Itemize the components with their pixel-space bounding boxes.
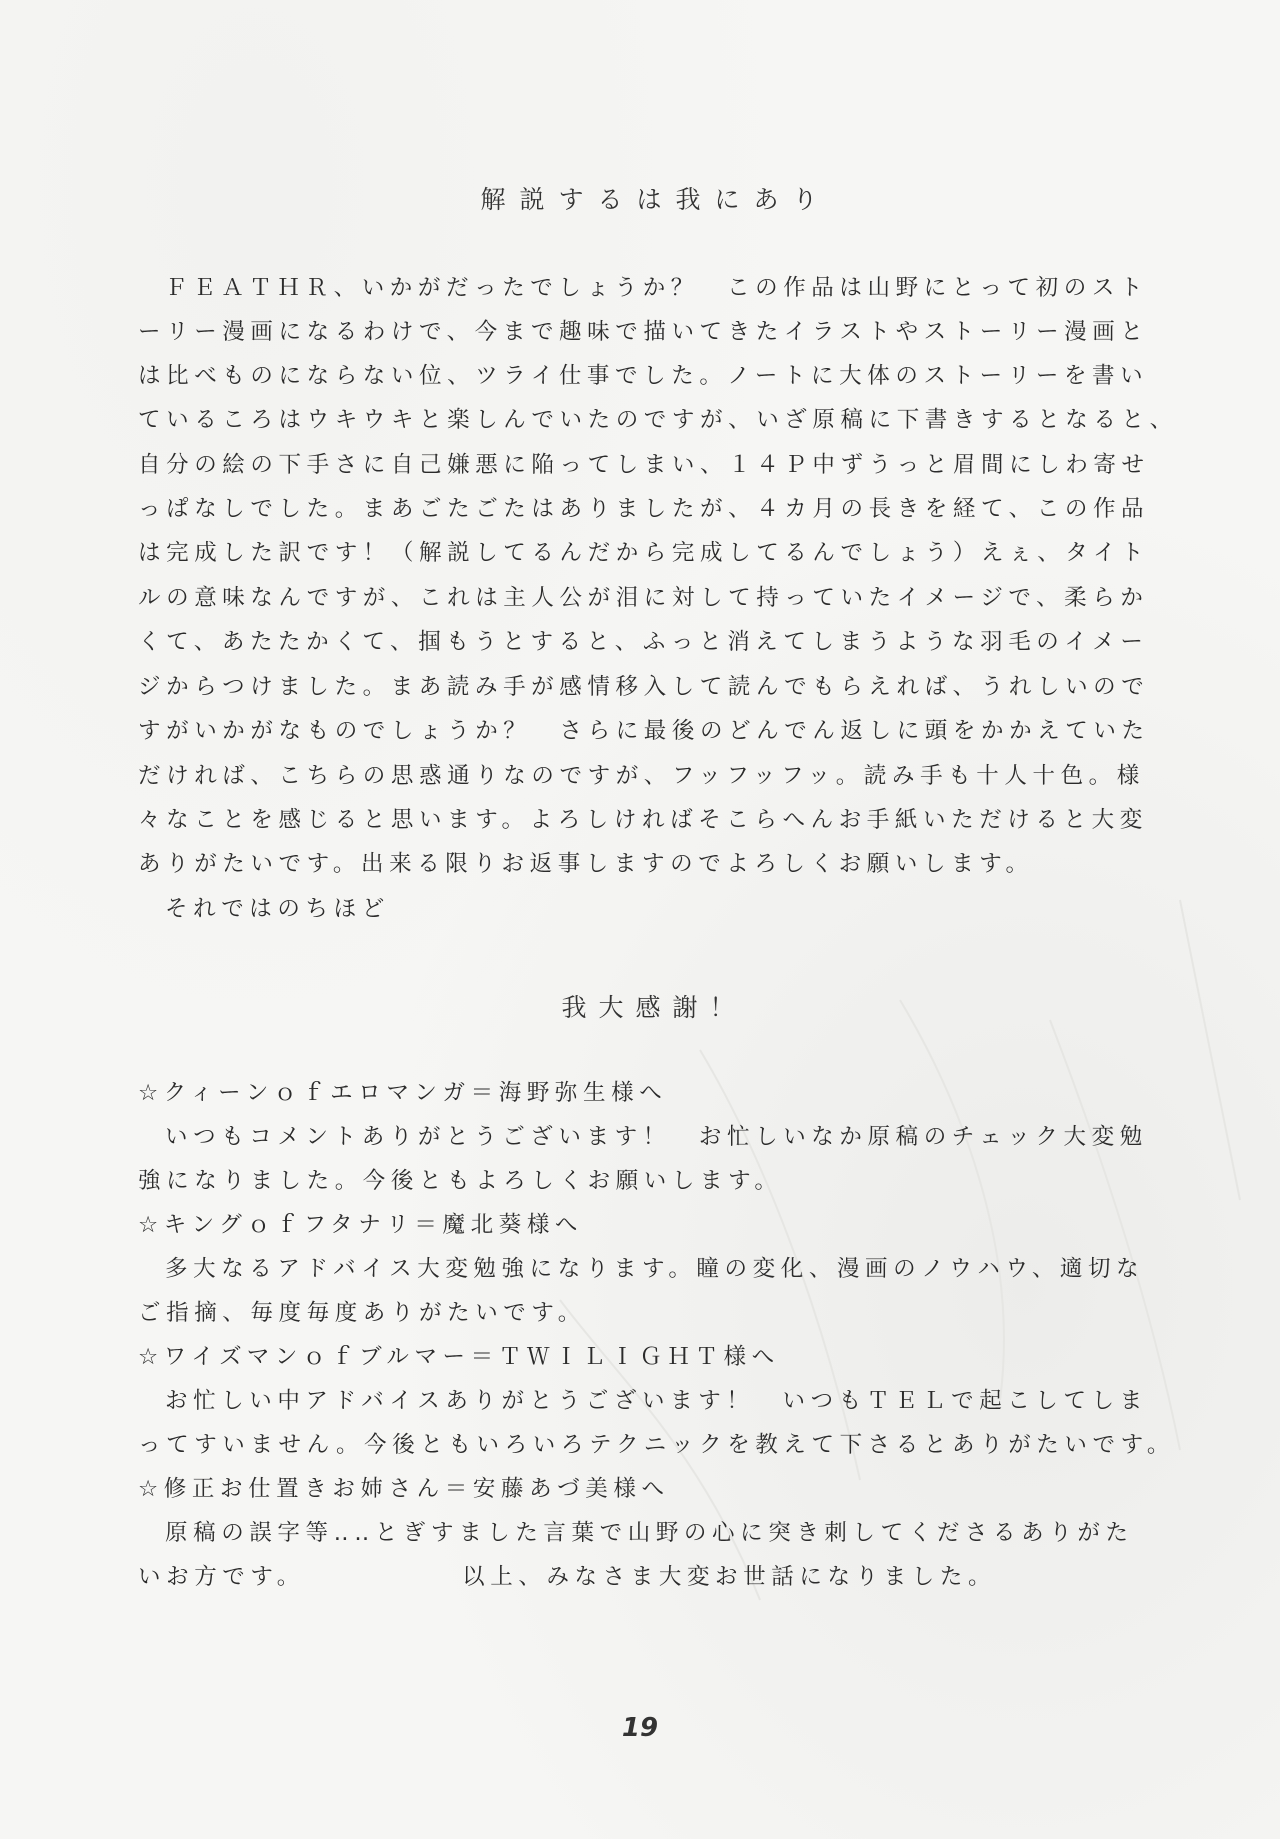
commentary-line: ジからつけました。まあ読み手が感情移入して読んでもらえれば、うれしいので <box>138 672 1158 702</box>
thanks-entry-header: ☆ワイズマンｏｆブルマー＝ＴＷＩＬＩＧＨＴ様へ <box>138 1342 1158 1372</box>
commentary-line: ているころはウキウキと楽しんでいたのですが、いざ原稿に下書きするとなると、 <box>138 405 1158 435</box>
commentary-line: くて、あたたかくて、掴もうとすると、ふっと消えてしまうような羽毛のイメー <box>138 627 1158 657</box>
thanks-entry-body: いつもコメントありがとうございます！ お忙しいなか原稿のチェック大変勉 <box>165 1122 1185 1152</box>
commentary-line: は完成した訳です！（解説してるんだから完成してるんでしょう）えぇ、タイト <box>138 538 1158 568</box>
thanks-entry-body: いお方です。 以上、みなさま大変お世話になりました。 <box>138 1562 1158 1592</box>
document-page: 解説するは我にあり ＦＥＡＴＨＲ、いかがだったでしょうか？ この作品は山野にとっ… <box>0 0 1280 1839</box>
commentary-line: ありがたいです。出来る限りお返事しますのでよろしくお願いします。 <box>138 849 1158 879</box>
commentary-line: ＦＥＡＴＨＲ、いかがだったでしょうか？ この作品は山野にとって初のスト <box>165 273 1185 303</box>
thanks-entry-body: 原稿の誤字等‥‥とぎすました言葉で山野の心に突き刺してくださるありがた <box>165 1518 1185 1548</box>
commentary-line: ーリー漫画になるわけで、今まで趣味で描いてきたイラストやストーリー漫画と <box>138 317 1158 347</box>
commentary-line: は比べものにならない位、ツライ仕事でした。ノートに大体のストーリーを書い <box>138 361 1158 391</box>
page-number: 19 <box>0 1713 1280 1743</box>
thanks-entry-body: 強になりました。今後ともよろしくお願いします。 <box>138 1166 1158 1196</box>
commentary-line: すがいかがなものでしょうか？ さらに最後のどんでん返しに頭をかかえていた <box>138 716 1158 746</box>
thanks-entry-body: ご指摘、毎度毎度ありがたいです。 <box>138 1298 1158 1328</box>
thanks-entry-body: ってすいません。今後ともいろいろテクニックを教えて下さるとありがたいです。 <box>138 1430 1158 1460</box>
commentary-line: っぱなしでした。まあごたごたはありましたが、４カ月の長きを経て、この作品 <box>138 494 1158 524</box>
section-title-commentary: 解説するは我にあり <box>16 180 1280 216</box>
commentary-line: 々なことを感じると思います。よろしければそこらへんお手紙いただけると大変 <box>138 805 1158 835</box>
commentary-line: だければ、こちらの思惑通りなのですが、フッフッフッ。読み手も十人十色。様 <box>138 761 1158 791</box>
thanks-entry-body: お忙しい中アドバイスありがとうございます！ いつもＴＥＬで起こしてしま <box>165 1386 1185 1416</box>
thanks-entry-header: ☆修正お仕置きお姉さん＝安藤あづ美様へ <box>138 1474 1158 1504</box>
section-title-thanks: 我大感謝！ <box>14 988 1280 1024</box>
commentary-line: 自分の絵の下手さに自己嫌悪に陥ってしまい、１４Ｐ中ずうっと眉間にしわ寄せ <box>138 450 1158 480</box>
commentary-closing: それではのちほど <box>165 894 1185 924</box>
thanks-entry-header: ☆クィーンｏｆエロマンガ＝海野弥生様へ <box>138 1078 1158 1108</box>
thanks-entry-header: ☆キングｏｆフタナリ＝魔北葵様へ <box>138 1210 1158 1240</box>
commentary-line: ルの意味なんですが、これは主人公が泪に対して持っていたイメージで、柔らか <box>138 583 1158 613</box>
thanks-entry-body: 多大なるアドバイス大変勉強になります。瞳の変化、漫画のノウハウ、適切な <box>165 1254 1185 1284</box>
